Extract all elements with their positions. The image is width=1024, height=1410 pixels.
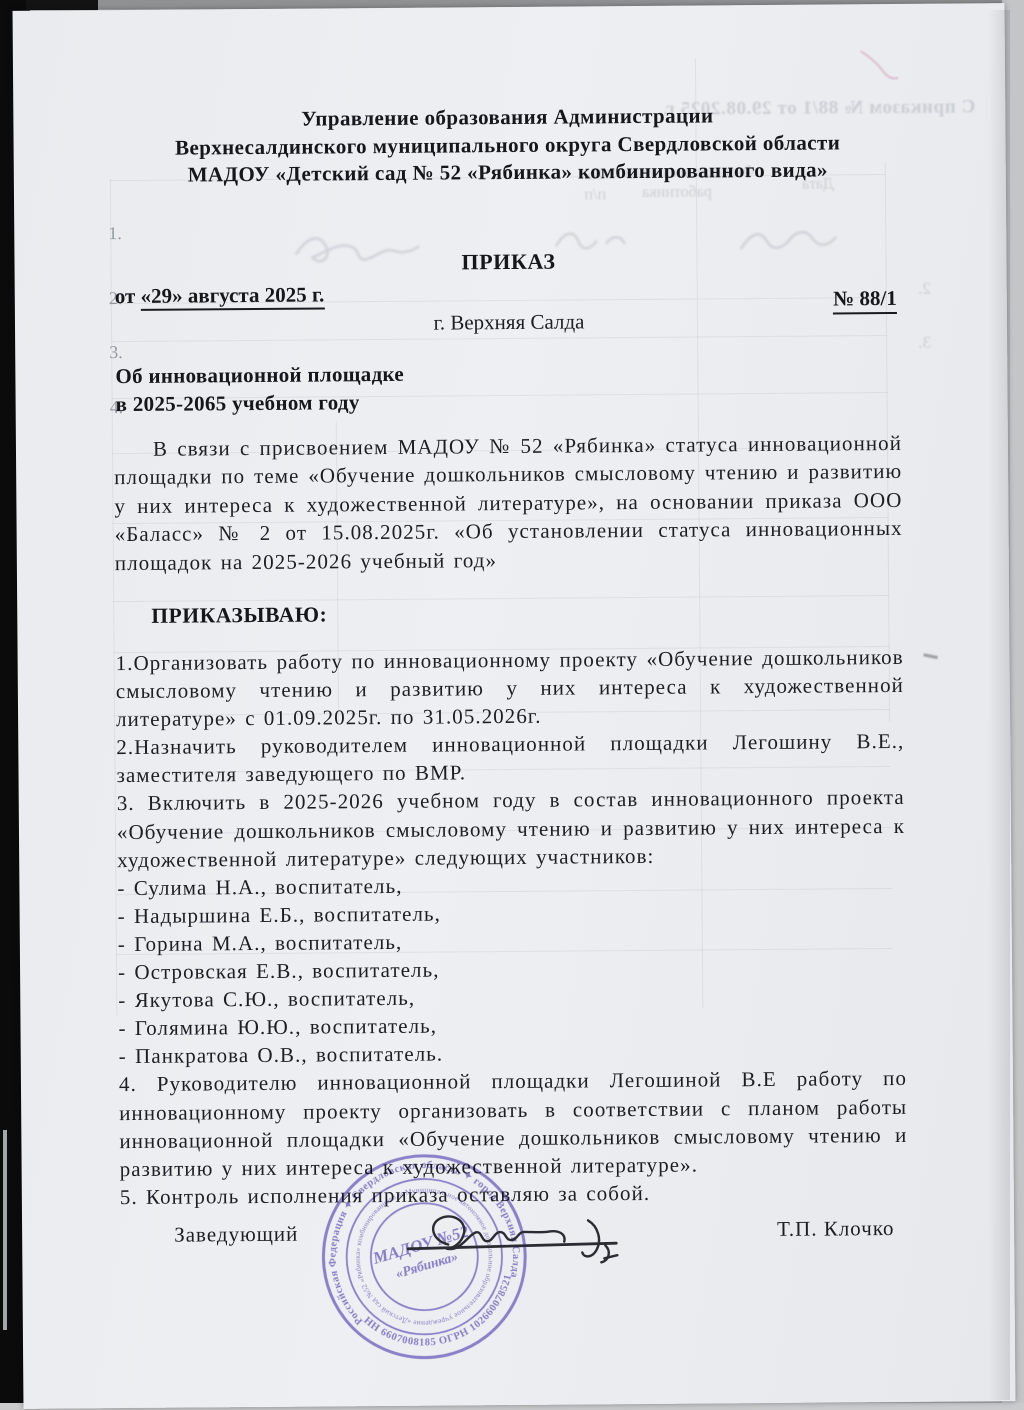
small-smudge-mark	[924, 655, 938, 658]
scanned-document-page: С приказом № 88/1 от 29.08.2025 г. № п/п…	[0, 0, 1024, 1410]
bleedthrough-handwriting	[296, 232, 835, 262]
pink-pen-mark	[861, 51, 898, 79]
director-signature	[408, 1215, 617, 1264]
document-content: С приказом № 88/1 от 29.08.2025 г. № п/п…	[0, 0, 1024, 1410]
ink-marks-layer	[0, 0, 1024, 1410]
